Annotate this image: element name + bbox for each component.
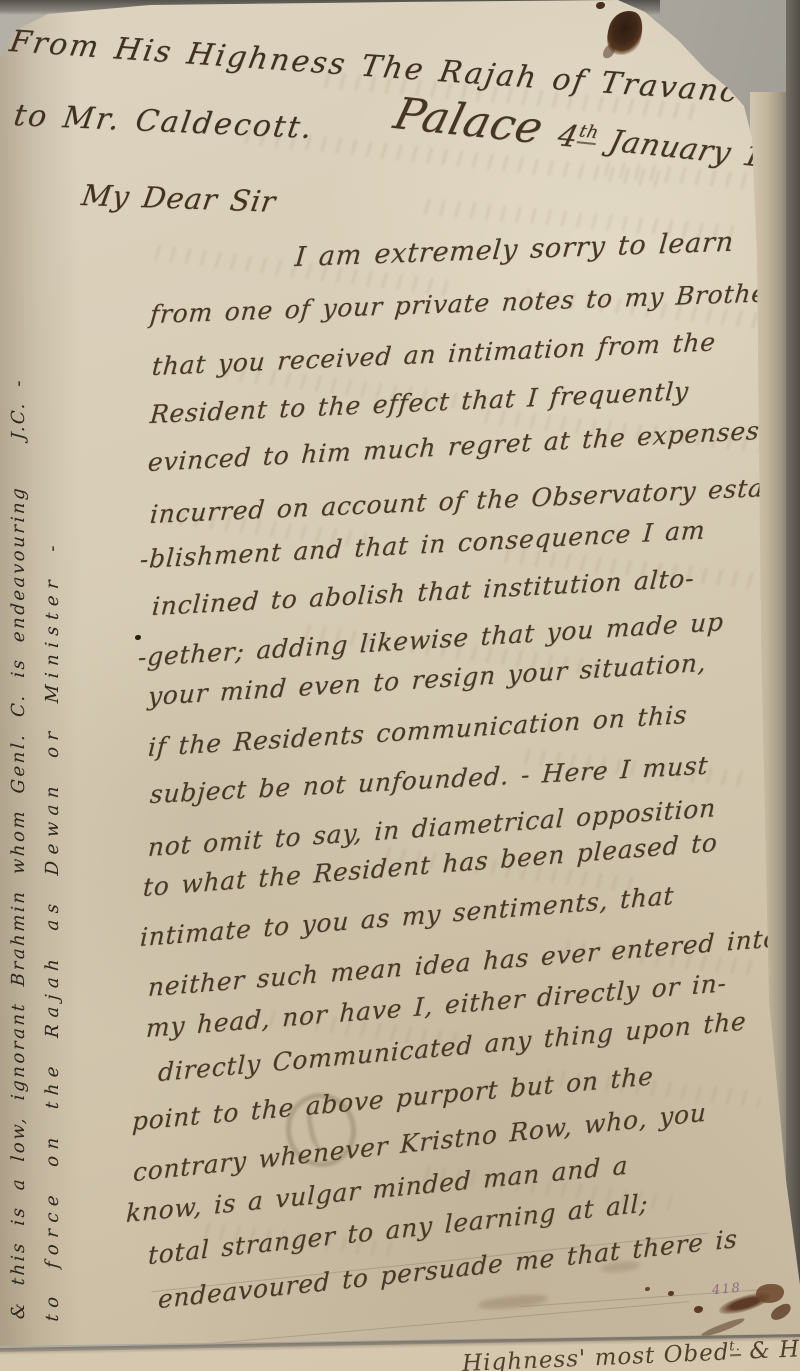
letter-page: From His Highness The Rajah of Travancor… <box>0 0 800 1371</box>
letter-line: inclined to abolish that institution alt… <box>151 564 695 622</box>
ink-spatter <box>768 1301 793 1322</box>
margin-annotation: & this is a low, ignorant Brahmin whom G… <box>2 273 70 1323</box>
margin-annotation-line1: & this is a low, ignorant Brahmin whom G… <box>2 273 36 1320</box>
margin-annotation-line2: to force on the Rajah as Dewan or Minist… <box>36 275 70 1322</box>
margin-initials: J.C. - <box>8 378 29 487</box>
book-right-edge <box>786 0 800 1334</box>
letter-line: if the Residents communication on this <box>147 700 688 762</box>
ink-blot <box>596 2 605 9</box>
manuscript-photo: Highness' most Obedt. & Humble From His … <box>0 0 800 1371</box>
folio-number: 418 <box>711 1281 742 1298</box>
margin-line1-text: & this is a low, ignorant Brahmin whom G… <box>8 485 29 1320</box>
ink-dot <box>135 635 141 640</box>
ink-spatter <box>645 1287 650 1291</box>
letter-line: that you received an intimation from the <box>151 327 717 381</box>
ink-spatter <box>694 1306 703 1313</box>
ink-spatter <box>756 1284 784 1303</box>
salutation: My Dear Sir <box>79 178 278 219</box>
annotation-to-line: to Mr. Caldecott. <box>11 98 316 146</box>
letter-line: I am extremely sorry to learn <box>294 227 736 273</box>
smudge <box>478 1293 549 1311</box>
